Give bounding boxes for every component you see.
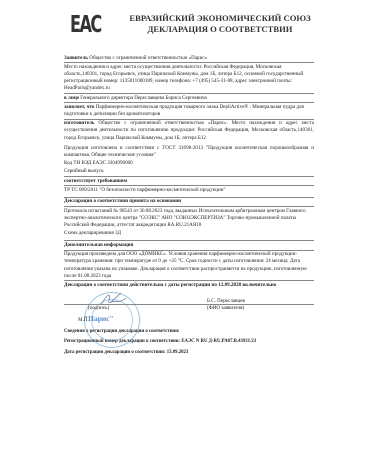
declaration-body: Заявитель Общество с ограниченной ответс… — [64, 54, 314, 359]
applicant-label: Заявитель — [64, 55, 88, 61]
signer-role-label: (ФИО заявителя) — [207, 305, 244, 312]
applicant-value: Общество с ограниченной ответственностью… — [89, 55, 207, 61]
additional-value: Продукция произведена для ООО «ДОМИКС». … — [64, 251, 314, 282]
registration-date: Дата регистрации декларации о соответств… — [64, 349, 314, 356]
signature-label: (подпись) — [88, 305, 109, 312]
basis-scheme: Схема декларирования 3Д — [64, 230, 314, 242]
manufacturer-row: изготовитель Общество с ограниченной отв… — [64, 120, 314, 143]
manufacturer-value: Общество с ограниченной ответственностью… — [64, 120, 314, 140]
product-release: Серийный выпуск — [64, 168, 314, 177]
validity-text: Декларация о соответствии действительна … — [64, 281, 314, 289]
applicant-address: Место нахождения и адрес места осуществл… — [64, 63, 314, 94]
requirements-label: соответствует требованиям — [64, 177, 314, 186]
basis-value: Протокола испытаний № 98543 от 30.08.202… — [64, 207, 314, 230]
declares-label: заявляет, что — [64, 104, 94, 110]
additional-label: Дополнительная информация — [64, 241, 314, 250]
requirements-value: ТР ТС 009/2011 "О безопасности парфюмерн… — [64, 186, 314, 198]
applicant-row: Заявитель Общество с ограниченной ответс… — [64, 54, 314, 63]
person-value: Генерального директора Переславцева Бори… — [80, 95, 206, 101]
basis-label: Декларация о соответствии принята на осн… — [64, 198, 314, 207]
title-line-2: ДЕКЛАРАЦИЯ О СООТВЕТСТВИИ — [120, 24, 320, 35]
signature-block: (подпись) Б.С. Переславцев (ФИО заявител… — [64, 290, 314, 328]
product-standard: Продукция изготовлена в соответствии с Г… — [64, 144, 314, 159]
manufacturer-label: изготовитель — [64, 120, 95, 126]
stamp-text: "Парис" — [84, 315, 144, 322]
eac-logo: EAC — [70, 12, 93, 38]
declares-value: Парфюмерно-косметическая продукция товар… — [64, 104, 304, 117]
person-label: в лице — [64, 95, 79, 101]
document-title: ЕВРАЗИЙСКИЙ ЭКОНОМИЧЕСКИЙ СОЮЗ ДЕКЛАРАЦИ… — [120, 13, 320, 35]
applicant-person-row: в лице Генерального директора Переславце… — [64, 94, 314, 103]
declares-row: заявляет, что Парфюмерно-косметическая п… — [64, 103, 314, 119]
product-code: Код ТН ВЭД ЕАЭС 3304990000 — [64, 160, 314, 168]
title-line-1: ЕВРАЗИЙСКИЙ ЭКОНОМИЧЕСКИЙ СОЮЗ — [120, 13, 320, 24]
